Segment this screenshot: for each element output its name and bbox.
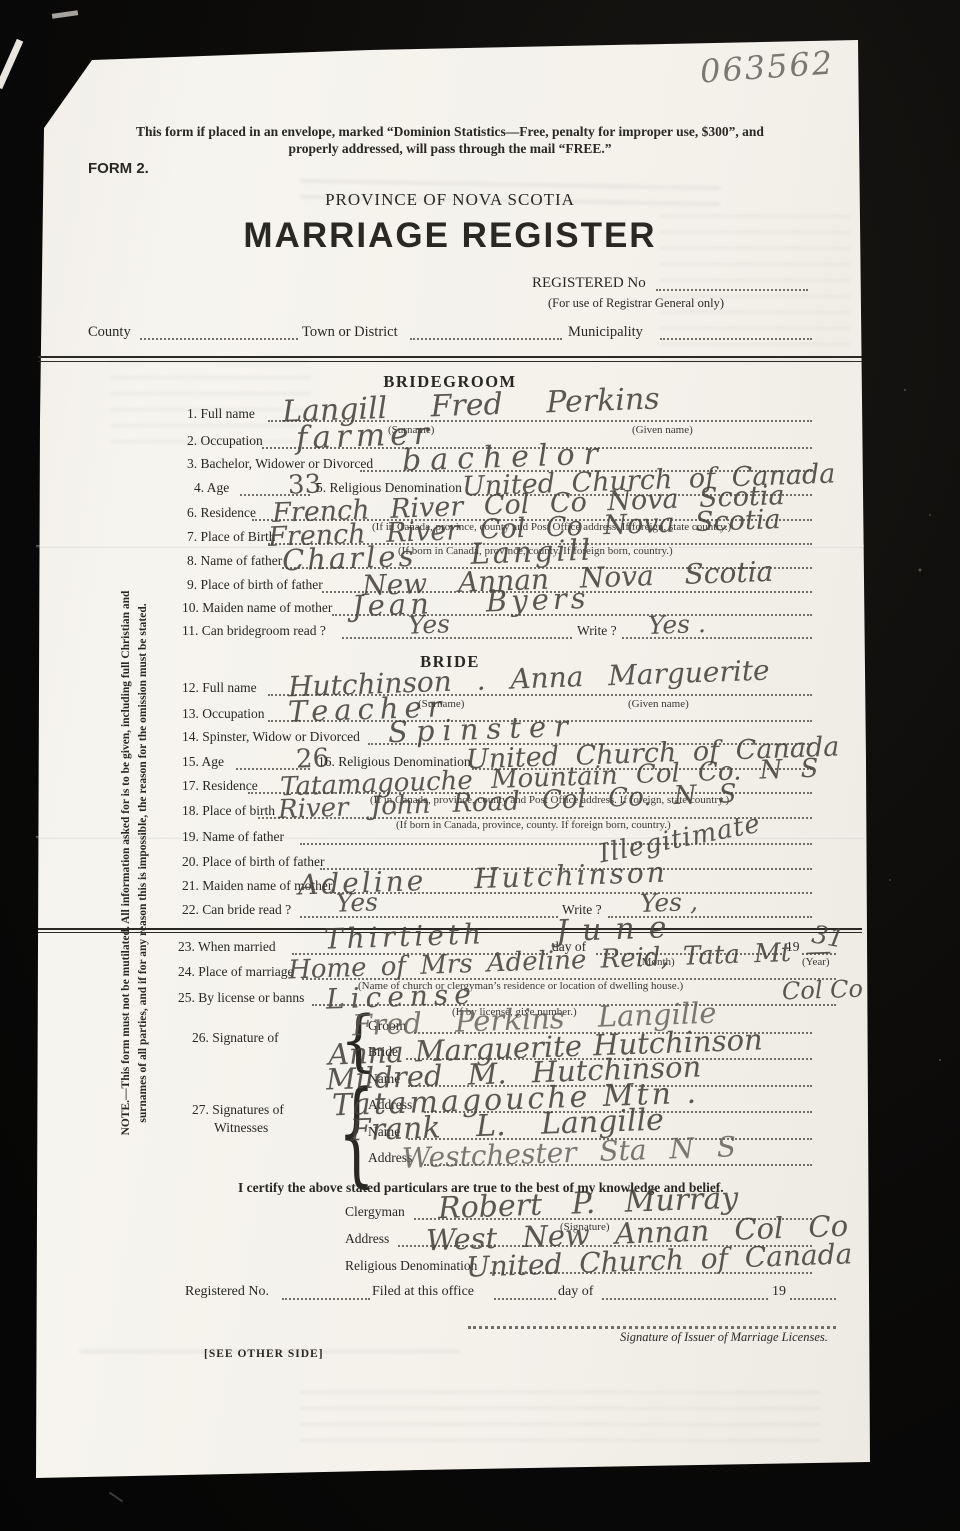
- when-married-label: 23. When married: [178, 939, 276, 955]
- registered-no-label: REGISTERED No: [532, 275, 646, 292]
- givenname-caption: (Given name): [632, 424, 693, 436]
- signature-of-label: 26. Signature of: [192, 1030, 279, 1046]
- scan-edge-sliver: [0, 39, 23, 89]
- groom-canread-value: Yes: [408, 609, 451, 639]
- municipality-label: Municipality: [568, 324, 643, 341]
- groom-occupation-label: 2. Occupation: [187, 433, 263, 449]
- registered-no-line: [656, 289, 808, 291]
- groom-canread-label: 11. Can bridegroom read ?: [182, 623, 326, 639]
- town-line: [410, 338, 562, 340]
- form-number: FORM 2.: [88, 160, 149, 177]
- bride-age-label: 15. Age: [182, 754, 224, 770]
- footer-year-line: [790, 1298, 836, 1300]
- footer-registered-label: Registered No.: [185, 1284, 269, 1300]
- scan-mark: [109, 1492, 123, 1503]
- groom-birthplace-label: 7. Place of Birth: [187, 529, 275, 545]
- county-line: [140, 338, 298, 340]
- footer-dayof-line: [602, 1298, 768, 1300]
- groom-canwrite-value: Yes .: [648, 609, 707, 640]
- groom-father-birthplace-label: 9. Place of birth of father: [187, 577, 323, 593]
- groom-age-label: 4. Age: [194, 480, 229, 496]
- issuer-caption: Signature of Issuer of Marriage Licenses…: [620, 1330, 828, 1345]
- groom-canread-line: [342, 637, 572, 639]
- license-label: 25. By license or banns: [178, 990, 304, 1006]
- place-of-marriage-label: 24. Place of marriage: [178, 964, 293, 980]
- bride-givenname-caption: (Given name): [628, 698, 689, 710]
- clergy-address-label: Address: [345, 1231, 389, 1247]
- witnesses-label2: Witnesses: [214, 1120, 268, 1136]
- footer-dayof-label: day of: [558, 1284, 593, 1300]
- bride-residence-label: 17. Residence: [182, 778, 258, 794]
- envelope-note-line1: This form if placed in an envelope, mark…: [95, 124, 805, 140]
- groom-fullname-label: 1. Full name: [187, 406, 255, 422]
- footer-year-prefix: 19: [772, 1284, 786, 1300]
- see-other-side: [SEE OTHER SIDE]: [204, 1348, 324, 1360]
- bride-canread-value: Yes: [336, 887, 379, 917]
- issuer-signature-line: [468, 1326, 836, 1329]
- envelope-note-line2: properly addressed, will pass through th…: [95, 141, 805, 157]
- place-of-marriage-value2: Col Co: [782, 975, 864, 1006]
- bride-occupation-label: 13. Occupation: [182, 706, 264, 722]
- municipality-line: [660, 338, 812, 340]
- divider: [38, 361, 862, 362]
- province-heading: PROVINCE OF NOVA SCOTIA: [95, 190, 805, 210]
- page-title: MARRIAGE REGISTER: [95, 216, 805, 256]
- bride-born-caption: (If born in Canada, province, county. If…: [396, 819, 671, 831]
- groom-status-label: 3. Bachelor, Widower or Divorced: [187, 456, 373, 472]
- bride-father-label: 19. Name of father: [182, 829, 284, 845]
- witnesses-label1: 27. Signatures of: [192, 1102, 284, 1118]
- registrar-note: (For use of Registrar General only): [548, 296, 724, 311]
- groom-mother-label: 10. Maiden name of mother: [182, 600, 332, 616]
- bride-status-label: 14. Spinster, Widow or Divorced: [182, 729, 360, 745]
- groom-father-label: 8. Name of father: [187, 553, 282, 569]
- footer-registered-line: [282, 1298, 370, 1300]
- clergyman-label: Clergyman: [345, 1204, 405, 1220]
- groom-write-label: Write ?: [577, 623, 617, 639]
- footer-filed-label: Filed at this office: [372, 1284, 474, 1300]
- bride-fullname-label: 12. Full name: [182, 680, 257, 696]
- margin-note-line1: NOTE.—This form must not be mutilated. A…: [118, 537, 135, 1189]
- county-label: County: [88, 324, 131, 341]
- bride-canread-label: 22. Can bride read ?: [182, 902, 291, 918]
- margin-note: NOTE.—This form must not be mutilated. A…: [118, 537, 154, 1189]
- scan-edge-sliver: [52, 10, 78, 19]
- margin-note-line2: surnames of all parties, and if for any …: [135, 537, 152, 1189]
- scanned-marriage-register: 063562 This form if placed in an envelop…: [0, 0, 960, 1531]
- groom-residence-label: 6. Residence: [187, 505, 256, 521]
- footer-filed-line: [494, 1298, 556, 1300]
- clergy-denomination-label: Religious Denomination: [345, 1258, 477, 1274]
- town-label: Town or District: [302, 324, 398, 341]
- divider: [38, 356, 862, 358]
